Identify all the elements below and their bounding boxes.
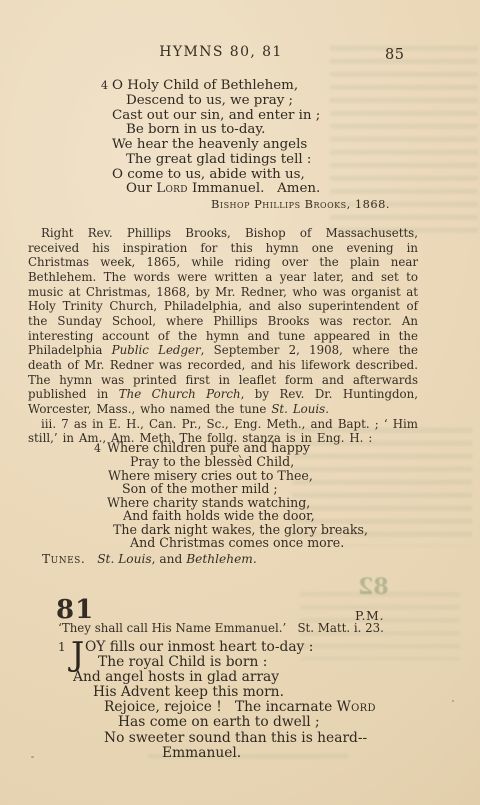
hymn-line-text: Our: [126, 181, 156, 196]
hymn-line-text: Rejoice, rejoice ! The incarnate: [104, 699, 337, 715]
hymn-line: The great glad tidings tell :: [126, 153, 320, 168]
tunes-line: Tunes.St. Louis, and Bethlehem.: [42, 552, 257, 566]
hymn-line: And Christmas comes once more.: [130, 536, 368, 549]
hymn-line: O come to us, abide with us,: [112, 168, 320, 183]
hymn-line: We hear the heavenly angels: [112, 138, 320, 153]
paper-speck: [31, 756, 34, 758]
verse-number: 1: [58, 640, 72, 655]
hymn-line: Cast out our sin, and enter in ;: [112, 109, 320, 124]
publication-title: The Church Porch: [119, 387, 241, 401]
hymn-line: The dark night wakes, the glory breaks,: [113, 523, 368, 536]
scripture-epigraph: ‘They shall call His Name Emmanuel.’ St.…: [28, 621, 414, 635]
hymn-line-text: OY fills our inmost heart to-day :: [85, 639, 313, 655]
bleedthrough-hymn-number: 82: [358, 574, 389, 600]
hymn-line: Our Lord Immanuel. Amen.: [126, 182, 320, 197]
hymn81-verse1: 1JOY fills our inmost heart to-day : The…: [58, 640, 376, 761]
publication-title: Public Ledger: [112, 343, 201, 357]
tunes-separator: , and: [152, 552, 187, 566]
hymn-line: Pray to the blessèd Child,: [130, 455, 368, 468]
hymn-line: And faith holds wide the door,: [123, 509, 368, 522]
tune-name: Bethlehem.: [186, 552, 257, 566]
hymn-line: Where charity stands watching,: [107, 496, 368, 509]
hymn-line: Son of the mother mild ;: [122, 482, 368, 495]
hymn80-verse4: 4O Holy Child of Bethlehem, Descend to u…: [101, 79, 320, 197]
hymn-line: The royal Child is born :: [98, 655, 376, 670]
dropcap-initial: J: [71, 637, 84, 670]
hymn-line: Be born in us to-day.: [126, 123, 320, 138]
hymn-line: 4Where children pure and happy: [94, 441, 368, 455]
hymn-line: His Advent keep this morn.: [93, 685, 376, 700]
hymn-line: Rejoice, rejoice ! The incarnate Word: [104, 700, 376, 715]
quoted-stanza: 4Where children pure and happy Pray to t…: [94, 441, 368, 550]
commentary: Right Rev. Phillips Brooks, Bishop of Ma…: [28, 226, 418, 446]
hymn-line-text: Where children pure and happy: [107, 440, 310, 455]
hymn-line-text: O Holy Child of Bethlehem,: [112, 78, 298, 93]
verse-number: 4: [101, 79, 112, 94]
lord-smallcaps: Lord: [156, 181, 187, 196]
running-header-title: HYMNS 80, 81: [28, 44, 414, 60]
hymn-line: And angel hosts in glad array: [73, 670, 376, 685]
author-attribution: Bishop Phillips Brooks, 1868.: [28, 197, 390, 211]
hymn-line: No sweeter sound than this is heard--: [104, 731, 376, 746]
hymn-line-text: Immanuel. Amen.: [188, 181, 321, 196]
hymn-line: 1JOY fills our inmost heart to-day :: [58, 640, 376, 655]
tunes-label: Tunes.: [42, 552, 85, 566]
commentary-paragraph: Right Rev. Phillips Brooks, Bishop of Ma…: [28, 226, 418, 417]
tune-name: St. Louis.: [271, 402, 329, 416]
page-number: 85: [385, 47, 404, 63]
hymn-line: 4O Holy Child of Bethlehem,: [101, 79, 320, 94]
word-smallcaps: Word: [337, 699, 376, 715]
tune-name: St. Louis: [97, 552, 151, 566]
commentary-text: Right Rev. Phillips Brooks, Bishop of Ma…: [28, 226, 418, 357]
hymn-line: Has come on earth to dwell ;: [118, 715, 376, 730]
hymn-line: Where misery cries out to Thee,: [108, 469, 368, 482]
verse-number: 4: [94, 442, 107, 455]
hymn-line: Emmanuel.: [162, 746, 376, 761]
paper-speck: [452, 700, 454, 702]
hymn-line: Descend to us, we pray ;: [126, 94, 320, 109]
book-page: 82 HYMNS 80, 81 85 4O Holy Child of Beth…: [0, 0, 480, 805]
